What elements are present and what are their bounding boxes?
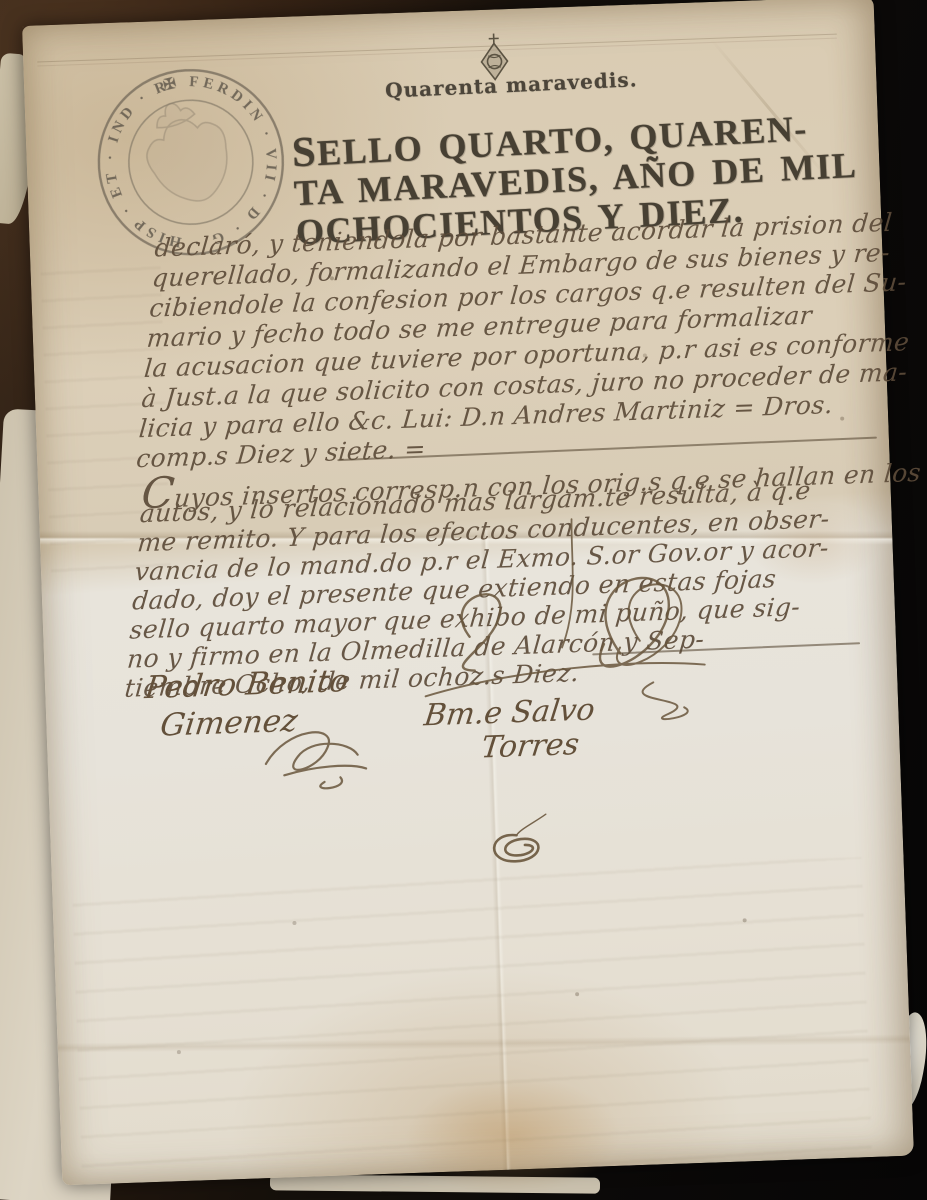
rubric-flourish-left <box>252 714 375 798</box>
signature-torres: Torres <box>479 727 581 766</box>
photo-of-document: Quarenta maravedis. ✠ FERDIN · VII · D ·… <box>0 0 927 1200</box>
signature-pedro-benito: Pedro Benito <box>143 663 350 706</box>
manuscript-sheet: Quarenta maravedis. ✠ FERDIN · VII · D ·… <box>22 0 914 1185</box>
manuscript-paragraph-1: declaró, y teniendola por bastante acord… <box>135 207 922 475</box>
foxing-specks <box>22 26 24 28</box>
rubric-flourish-small <box>476 808 568 881</box>
seal-crest <box>138 107 242 213</box>
reverse-side-show-through <box>72 857 872 1184</box>
